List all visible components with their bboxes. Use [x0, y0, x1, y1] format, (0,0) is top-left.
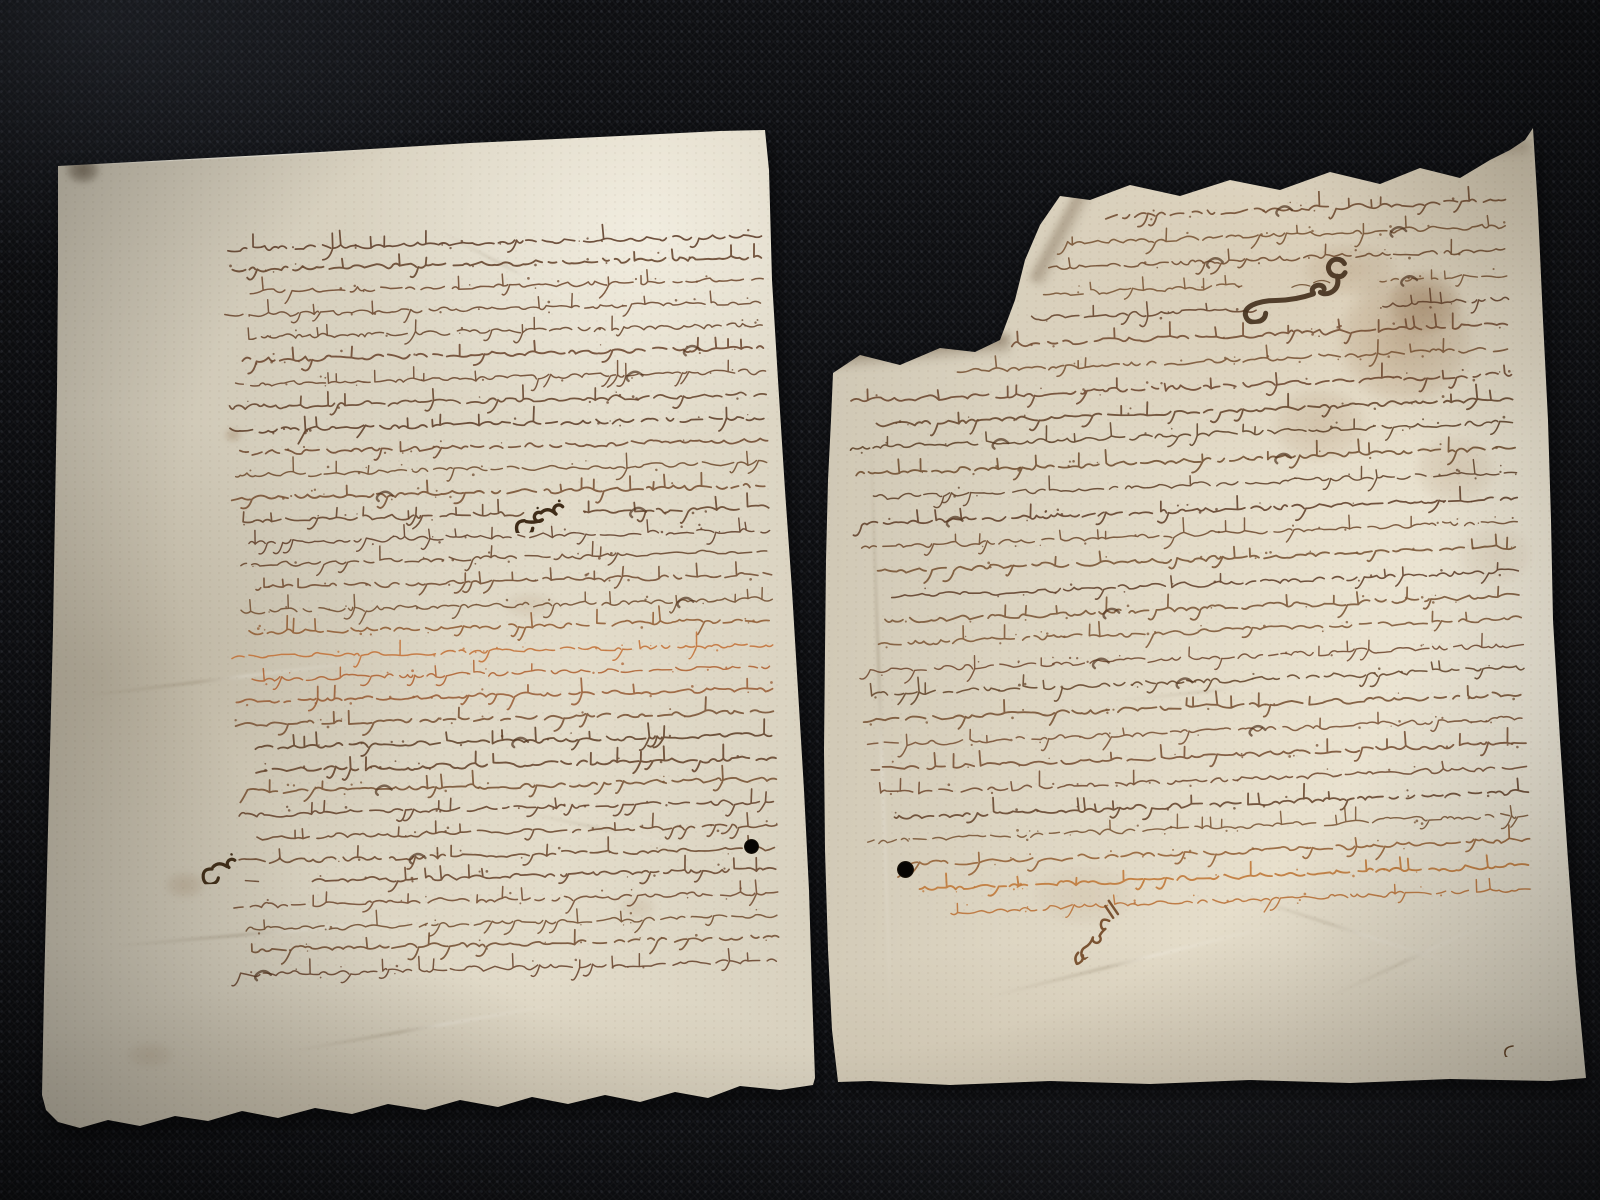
ink-dot: [1186, 232, 1189, 235]
ink-dot: [1225, 830, 1227, 832]
ink-dot: [435, 496, 437, 498]
ink-dot: [945, 443, 947, 445]
ink-dot: [534, 264, 537, 267]
script-line: [863, 679, 1521, 733]
ink-dot: [477, 787, 479, 789]
ink-dot: [597, 422, 600, 425]
ink-dot: [725, 666, 727, 668]
ink-dot: [1011, 716, 1014, 719]
script-line: [870, 653, 1524, 709]
ink-dot: [439, 311, 441, 313]
ink-dot: [726, 898, 728, 900]
script-line: [859, 632, 1524, 686]
ink-dot: [1414, 821, 1416, 823]
script-line: [871, 727, 1527, 780]
ink-dot: [435, 809, 437, 811]
ink-dot: [1356, 551, 1359, 554]
ink-dot: [384, 452, 386, 454]
ink-dot: [234, 719, 236, 721]
ink-dot: [905, 620, 907, 622]
ink-dot: [1311, 230, 1314, 233]
script-line: [239, 788, 774, 827]
ink-dot: [741, 319, 743, 321]
script-line: [232, 630, 773, 670]
ink-dot: [441, 244, 443, 246]
ink-dot: [621, 662, 624, 665]
ink-dot: [390, 741, 392, 743]
script-line: [583, 493, 769, 526]
ink-dot: [693, 298, 695, 300]
ink-dot: [1516, 746, 1519, 749]
ink-dot: [1184, 857, 1186, 859]
ink-dot: [1070, 834, 1071, 835]
ink-dot: [410, 450, 412, 452]
script-bold-bit: [677, 598, 693, 607]
ink-dot: [609, 851, 611, 853]
ink-dot: [672, 671, 674, 673]
ink-dot: [1416, 871, 1417, 872]
ink-dot: [401, 464, 403, 466]
ink-dot: [699, 352, 701, 354]
ink-dot: [675, 299, 678, 302]
ink-dot: [754, 321, 756, 323]
ink-dot: [358, 472, 361, 475]
script-line: [884, 580, 1519, 635]
ink-dot: [1137, 824, 1139, 826]
corner-ink-stain: [58, 150, 108, 190]
ink-dot: [598, 557, 601, 560]
script-line: [234, 880, 779, 922]
ink-dot: [585, 460, 587, 462]
ink-dot: [327, 466, 330, 469]
ink-dot: [337, 406, 340, 409]
ink-dot: [360, 781, 362, 783]
ink-dot: [588, 573, 590, 575]
ink-dot: [548, 311, 550, 313]
ink-dot: [356, 513, 357, 514]
ink-dot: [581, 711, 583, 713]
script-line: [878, 603, 1522, 657]
ink-dot: [1263, 625, 1266, 628]
ink-dot: [444, 790, 447, 793]
crease: [290, 1001, 566, 1053]
ink-dot: [337, 651, 339, 653]
ink-dot: [1054, 592, 1056, 594]
ink-dot: [1440, 894, 1442, 896]
ink-dot: [479, 939, 481, 941]
script-line: [1043, 273, 1242, 302]
script-line: [236, 674, 773, 717]
ink-dot: [1452, 197, 1455, 200]
ink-dot: [478, 870, 480, 872]
script-line: [228, 220, 762, 262]
ink-dot: [441, 560, 443, 562]
stain: [490, 585, 570, 625]
ink-dot: [1106, 711, 1109, 714]
script-bold-bit: [947, 517, 963, 527]
ink-dot: [1515, 473, 1517, 475]
script-line: [231, 471, 765, 511]
ink-dot: [663, 776, 665, 778]
ink-dot: [304, 432, 307, 435]
ink-dot: [459, 333, 460, 334]
ink-dot: [925, 721, 928, 724]
ink-dot: [1237, 780, 1239, 782]
ink-dot: [661, 937, 663, 939]
ink-dot: [285, 383, 287, 385]
ink-dot: [451, 559, 454, 562]
ink-dot: [747, 229, 750, 232]
ink-dot: [363, 290, 365, 292]
ink-dot: [1077, 291, 1079, 293]
ink-dot: [1125, 807, 1127, 809]
ink-dot: [482, 379, 484, 381]
ink-dot: [439, 810, 441, 812]
stain: [1010, 850, 1160, 940]
ink-dot: [508, 561, 510, 563]
ink-dot: [1344, 529, 1346, 531]
ink-dot: [584, 805, 587, 808]
ink-dot: [483, 650, 485, 652]
ink-dot: [449, 496, 452, 499]
script-line: [257, 810, 777, 850]
ink-dot: [1086, 661, 1088, 663]
script-line: [235, 445, 767, 488]
script-line: [891, 562, 1519, 608]
ink-dot: [561, 379, 563, 381]
ink-dot: [1119, 655, 1121, 657]
ink-dot: [1273, 703, 1275, 705]
ink-dot: [1487, 795, 1490, 798]
ink-dot: [295, 329, 297, 331]
ink-dot: [1295, 478, 1297, 480]
ink-dot: [519, 902, 521, 904]
tear-dirt: [1060, 142, 1530, 191]
script-line: [230, 401, 765, 445]
ink-dot: [692, 512, 695, 515]
ink-dot: [1022, 709, 1024, 711]
ink-dot: [1255, 557, 1257, 559]
emphasis-word-1-path: [515, 505, 564, 534]
ink-dot: [522, 646, 524, 648]
ink-dot: [325, 385, 327, 387]
ink-dot: [344, 793, 346, 795]
ink-dot: [994, 864, 996, 866]
ink-dot: [1293, 755, 1295, 757]
ink-dot: [449, 247, 451, 249]
ink-dot: [756, 909, 758, 911]
ink-dot: [1040, 387, 1042, 389]
ink-dot: [1358, 726, 1361, 729]
ink-dot: [545, 942, 546, 943]
ink-dot: [669, 735, 671, 737]
ink-dot: [290, 495, 292, 497]
ink-dot: [434, 919, 436, 921]
stain: [1395, 420, 1515, 520]
ink-dot: [1252, 673, 1254, 675]
ink-dot: [394, 973, 395, 974]
ink-dot: [637, 399, 639, 401]
ink-dot: [564, 528, 566, 530]
ink-dot: [1170, 826, 1173, 829]
ink-dot: [885, 442, 887, 444]
ink-dot: [1079, 736, 1081, 738]
manuscript-photo-scene: [0, 0, 1600, 1200]
ink-dot: [869, 723, 872, 726]
ink-dot: [432, 536, 434, 538]
ink-dot: [649, 695, 652, 698]
ink-dot: [1063, 635, 1066, 638]
script-bold-bit: [992, 439, 1008, 449]
ink-dot: [1099, 394, 1101, 396]
ink-dot: [976, 495, 978, 497]
ink-dot: [292, 246, 294, 248]
ink-dot: [1150, 218, 1152, 220]
corner-ink-mark-art: [1500, 1043, 1516, 1057]
punch-hole: [744, 839, 759, 854]
ink-dot: [765, 939, 767, 941]
ink-dot: [472, 265, 474, 267]
ink-dot: [766, 820, 768, 822]
ink-dot: [307, 950, 308, 951]
ink-dot: [584, 511, 586, 513]
script-line: [229, 244, 762, 282]
ink-dot: [1322, 630, 1324, 632]
ink-dot: [521, 857, 523, 859]
ink-dot: [250, 971, 252, 973]
ink-dot: [1065, 617, 1068, 620]
ink-dot: [264, 769, 267, 772]
ink-dot: [1172, 849, 1174, 851]
ink-dot: [436, 490, 438, 492]
ink-dot: [411, 469, 413, 471]
ink-dot: [610, 552, 613, 555]
ink-dot: [1200, 556, 1202, 558]
ink-dot: [1231, 706, 1232, 707]
ink-dot: [1378, 667, 1381, 670]
ink-dot: [1238, 286, 1240, 288]
crease: [1329, 911, 1512, 998]
ink-dot: [303, 765, 305, 767]
ink-dot: [728, 853, 729, 854]
ink-dot: [1039, 741, 1041, 743]
ink-dot: [408, 518, 410, 520]
ink-dot: [776, 823, 778, 825]
ink-dot: [1077, 806, 1079, 808]
ink-dot: [1435, 595, 1437, 597]
ink-dot: [1069, 657, 1071, 659]
ink-dot: [1260, 233, 1263, 236]
left-page-text-svg: [170, 217, 799, 1032]
script-bold-bit: [1276, 206, 1292, 216]
ink-dot: [1285, 796, 1287, 798]
ink-dot: [339, 287, 342, 290]
ink-dot: [966, 904, 968, 906]
ink-dot: [1502, 416, 1505, 419]
ink-dot: [319, 875, 321, 877]
ink-dot: [615, 391, 617, 393]
ink-dot: [890, 793, 892, 795]
script-bold-bit: [630, 508, 646, 517]
ink-dot: [632, 395, 635, 398]
ink-dot: [295, 968, 297, 970]
ink-dot: [635, 397, 638, 400]
ink-dot: [1052, 783, 1054, 785]
ink-dot: [1046, 632, 1049, 635]
ink-dot: [1045, 510, 1047, 512]
ink-dot: [1420, 886, 1422, 888]
ink-dot: [669, 708, 671, 710]
ink-dot: [757, 319, 759, 321]
ink-dot: [660, 761, 663, 764]
ink-dot: [469, 284, 471, 286]
ink-dot: [1318, 527, 1320, 529]
script-bold-bit: [1093, 658, 1109, 668]
ink-dot: [501, 735, 504, 738]
ink-dot: [1259, 502, 1261, 504]
ink-dot: [1233, 387, 1235, 389]
ink-dot: [1159, 317, 1162, 320]
ink-dot: [1233, 807, 1236, 810]
ink-dot: [1015, 808, 1018, 811]
ink-dot: [327, 726, 330, 729]
ink-dot: [696, 280, 698, 282]
ink-dot: [1164, 833, 1166, 835]
ink-dot: [1427, 225, 1429, 227]
script-line: [235, 357, 766, 398]
ink-dot: [655, 469, 658, 472]
ink-dot: [1186, 504, 1188, 506]
ink-dot: [351, 313, 353, 315]
ink-dot: [1177, 504, 1179, 506]
ink-dot: [356, 384, 358, 386]
ink-dot: [982, 546, 983, 547]
ink-dot: [1024, 683, 1027, 686]
ink-dot: [635, 278, 637, 280]
ink-dot: [1412, 548, 1414, 550]
ink-dot: [606, 401, 609, 404]
ink-dot: [1124, 591, 1126, 593]
ink-dot: [958, 487, 960, 489]
ink-dot: [345, 806, 348, 809]
ink-dot: [414, 831, 416, 833]
ink-dot: [1269, 551, 1272, 554]
ink-dot: [302, 266, 304, 268]
ink-dot: [1223, 874, 1225, 876]
ink-dot: [1025, 619, 1027, 621]
ink-dot: [1018, 662, 1020, 664]
ink-dot: [1294, 477, 1296, 479]
ink-dot: [1330, 654, 1332, 656]
ink-dot: [1174, 754, 1176, 756]
ink-dot: [1327, 768, 1329, 770]
ink-dot: [1023, 594, 1025, 596]
ink-dot: [1252, 678, 1254, 680]
ink-dot: [922, 890, 924, 892]
stain: [155, 865, 215, 905]
ink-dot: [631, 377, 633, 379]
ink-dot: [1112, 709, 1114, 711]
ink-dot: [991, 792, 993, 794]
ink-dot: [1010, 857, 1012, 859]
ink-dot: [535, 579, 536, 580]
ink-dot: [1017, 469, 1020, 472]
ink-dot: [1074, 363, 1076, 365]
ink-dot: [1207, 708, 1209, 710]
ink-dot: [1069, 461, 1071, 463]
script-line: [307, 853, 776, 893]
ink-dot: [1370, 574, 1372, 576]
ink-dot: [552, 808, 554, 810]
ink-dot: [1052, 663, 1055, 666]
ink-dot: [679, 825, 681, 827]
ink-dot: [1373, 672, 1375, 674]
ink-dot: [671, 482, 673, 484]
ink-dot: [358, 858, 361, 861]
ink-dot: [719, 531, 720, 532]
ink-dot: [230, 853, 233, 856]
ink-dot: [1398, 720, 1401, 723]
ink-dot: [418, 762, 420, 764]
ink-dot: [601, 240, 603, 242]
stain: [610, 890, 665, 925]
ink-dot: [1215, 874, 1217, 876]
ink-dot: [586, 237, 588, 239]
ink-dot: [592, 672, 594, 674]
ink-dot: [364, 876, 366, 878]
ink-dot: [642, 966, 644, 968]
ink-dot: [1468, 697, 1471, 700]
ink-dot: [496, 647, 498, 649]
ink-dot: [736, 397, 738, 399]
ink-dot: [246, 704, 248, 706]
ink-dot: [895, 812, 897, 814]
ink-dot: [1234, 356, 1236, 358]
ink-dot: [732, 369, 734, 371]
ink-dot: [314, 489, 316, 491]
ink-dot: [1264, 703, 1266, 705]
ink-dot: [448, 584, 450, 586]
ink-dot: [1304, 893, 1307, 896]
ink-dot: [1455, 601, 1457, 603]
ink-dot: [599, 739, 601, 741]
ink-dot: [285, 606, 287, 608]
ink-dot: [748, 622, 750, 624]
ink-dot: [717, 864, 719, 866]
ink-dot: [1488, 665, 1490, 667]
ink-dot: [557, 280, 559, 282]
ink-dot: [1511, 742, 1514, 745]
ink-dot: [1266, 232, 1268, 234]
ink-dot: [249, 469, 251, 471]
ink-dot: [440, 440, 442, 442]
ink-dot: [734, 349, 736, 351]
ink-dot: [1029, 830, 1031, 832]
ink-dot: [1362, 595, 1364, 597]
ink-dot: [536, 507, 539, 510]
ink-dot: [481, 465, 483, 467]
ink-dot: [605, 262, 607, 264]
ink-dot: [258, 932, 260, 934]
ink-dot: [283, 428, 285, 430]
ink-dot: [324, 377, 326, 379]
ink-dot: [287, 784, 290, 787]
ink-dot: [345, 605, 347, 607]
script-line: [247, 265, 763, 307]
ink-dot: [245, 451, 246, 452]
ink-dot: [947, 783, 950, 786]
script-line: [239, 833, 775, 873]
